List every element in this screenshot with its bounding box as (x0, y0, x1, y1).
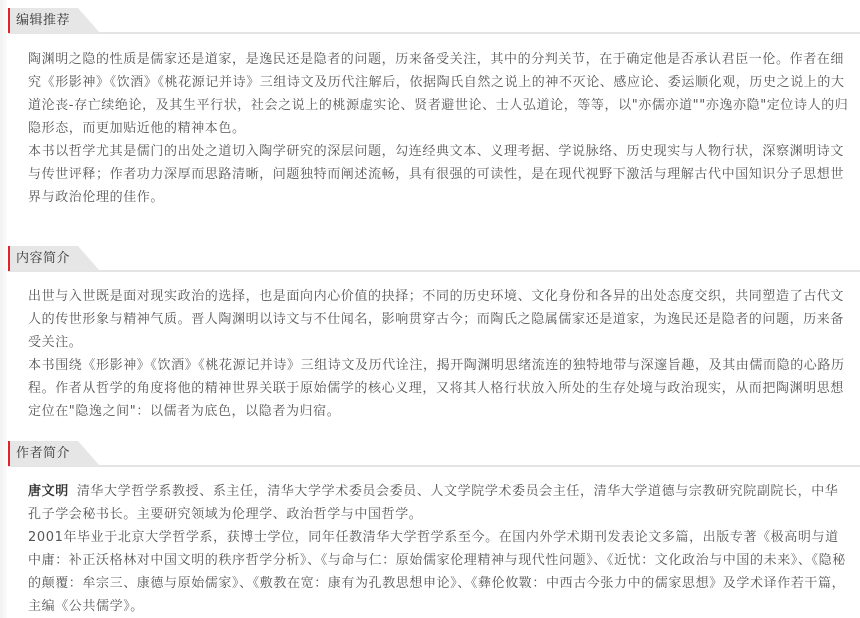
accent-bar (8, 441, 10, 466)
section-title: 内容简介 (16, 250, 70, 268)
paragraph: 本书以哲学尤其是儒门的出处之道切入陶学研究的深层问题，勾连经典文本、义理考据、学… (28, 140, 850, 209)
author-bio-paragraph: 唐文明清华大学哲学系教授、系主任，清华大学学术委员会委员、人文学院学术委员会主任… (28, 480, 850, 526)
section-content-summary: 内容简介 出世与入世既是面对现实政治的选择，也是面向内心价值的抉择；不同的历史环… (0, 246, 860, 423)
section-author-intro: 作者简介 唐文明清华大学哲学系教授、系主任，清华大学学术委员会委员、人文学院学术… (0, 441, 860, 618)
header-underline (8, 270, 860, 272)
section-header: 作者简介 (8, 441, 860, 467)
accent-bar (8, 246, 10, 271)
section-body: 出世与入世既是面对现实政治的选择，也是面向内心价值的抉择；不同的历史环境、文化身… (0, 272, 860, 423)
section-header: 编辑推荐 (8, 8, 860, 34)
accent-bar (8, 8, 10, 33)
header-underline (8, 32, 860, 34)
paragraph: 本书围绕《形影神》《饮酒》《桃花源记并诗》三组诗文及历代诠注，揭开陶渊明思绪流连… (28, 354, 850, 423)
author-name: 唐文明 (28, 484, 69, 499)
header-underline (8, 465, 860, 467)
section-editor-recommendation: 编辑推荐 陶渊明之隐的性质是儒家还是道家，是逸民还是隐者的问题，历来备受关注，其… (0, 8, 860, 209)
author-bio: 清华大学哲学系教授、系主任，清华大学学术委员会委员、人文学院学术委员会主任，清华… (28, 484, 838, 522)
section-header: 内容简介 (8, 246, 860, 272)
section-body: 唐文明清华大学哲学系教授、系主任，清华大学学术委员会委员、人文学院学术委员会主任… (0, 467, 860, 618)
section-body: 陶渊明之隐的性质是儒家还是道家，是逸民还是隐者的问题，历来备受关注，其中的分判关… (0, 34, 860, 209)
paragraph: 陶渊明之隐的性质是儒家还是道家，是逸民还是隐者的问题，历来备受关注，其中的分判关… (28, 48, 850, 140)
section-title: 编辑推荐 (16, 12, 70, 30)
section-title: 作者简介 (16, 445, 70, 463)
paragraph: 出世与入世既是面对现实政治的选择，也是面向内心价值的抉择；不同的历史环境、文化身… (28, 285, 850, 354)
paragraph: 2001年毕业于北京大学哲学系，获博士学位，同年任教清华大学哲学系至今。在国内外… (28, 526, 850, 618)
